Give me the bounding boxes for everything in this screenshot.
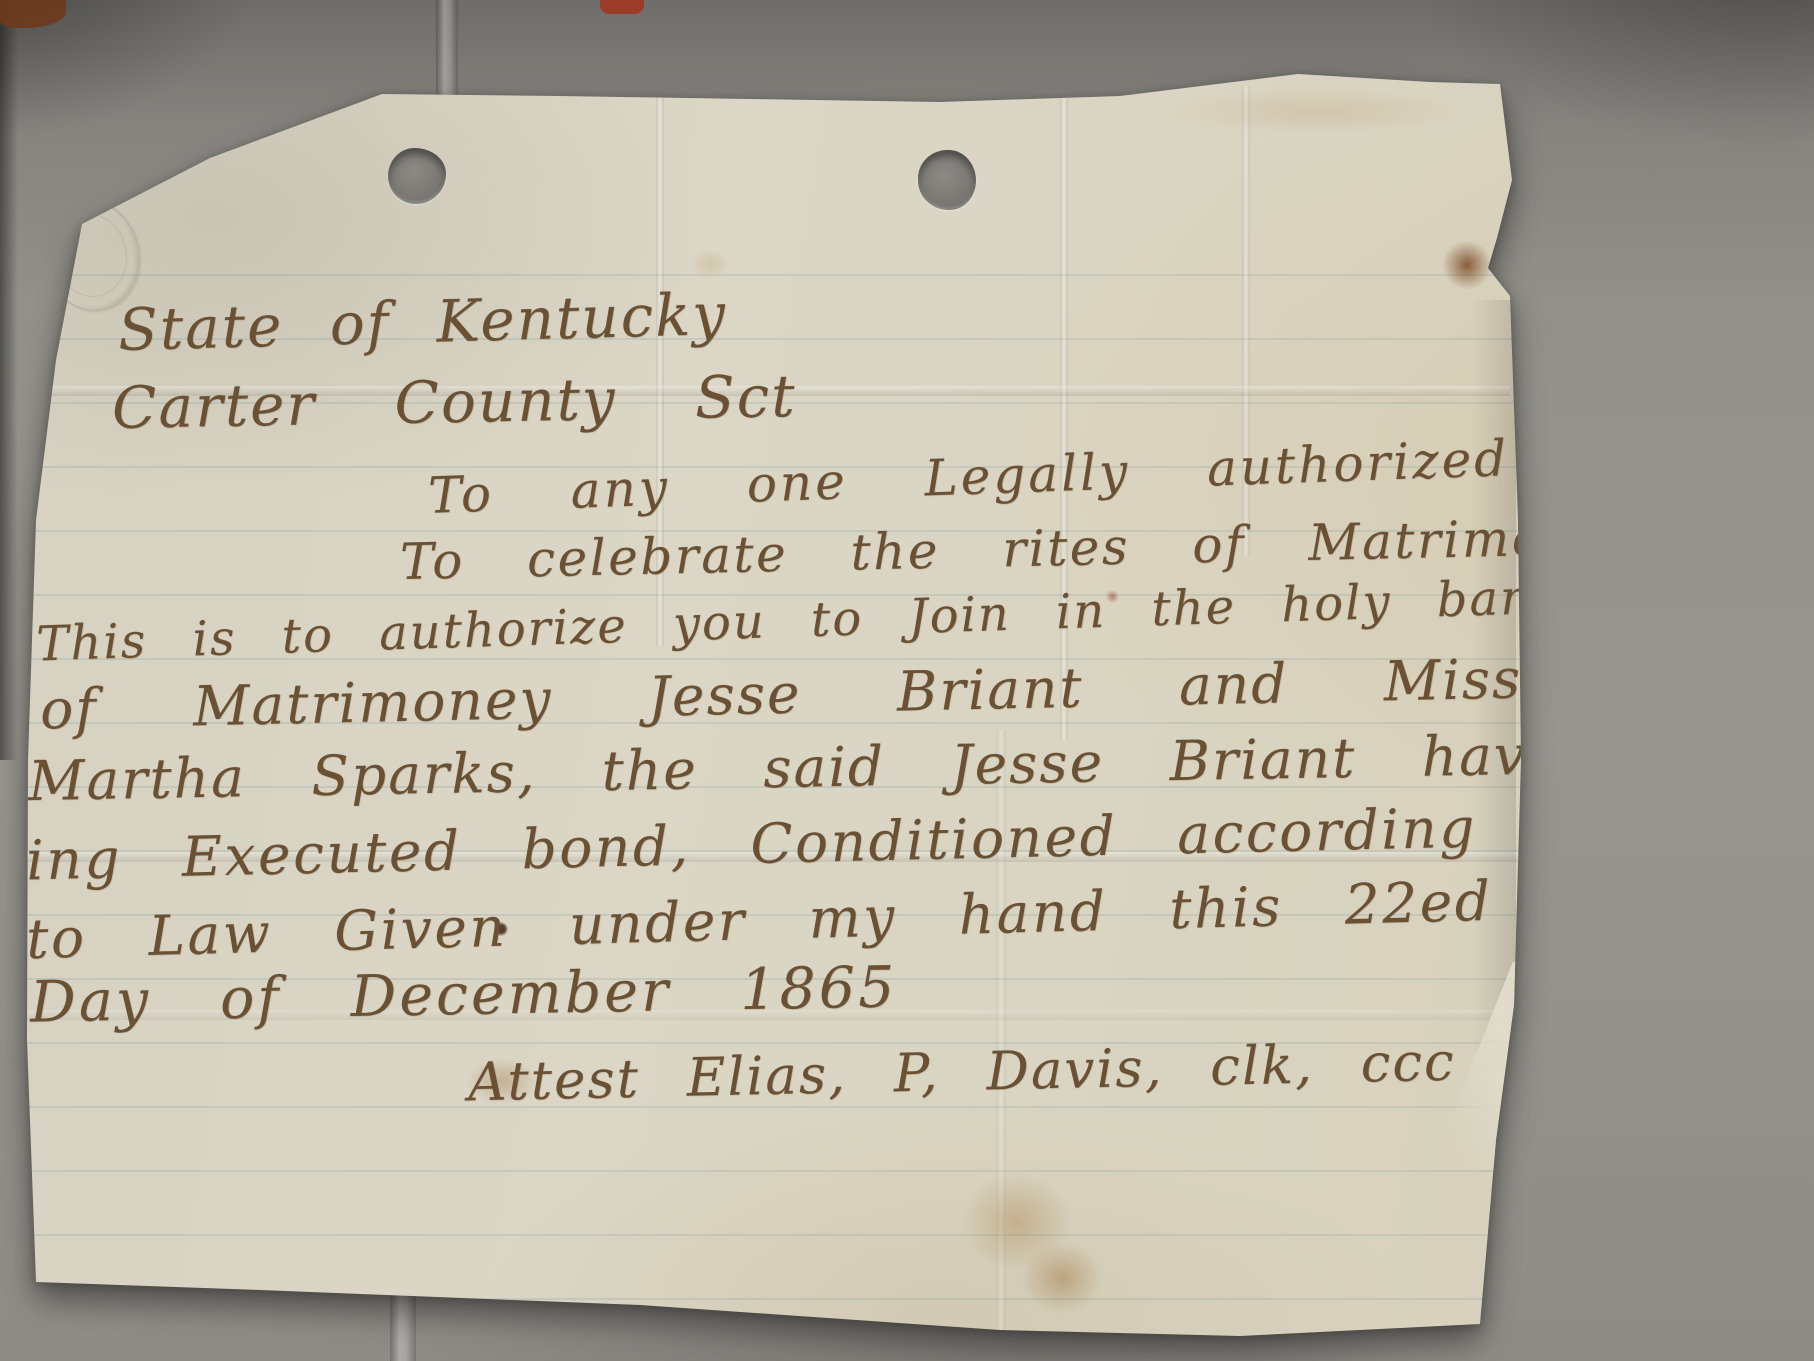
photo-of-document: State of Kentucky Carter County Sct To a… xyxy=(0,0,1814,1361)
rust-stain xyxy=(1436,234,1498,296)
handwritten-line: Carter County Sct xyxy=(111,362,797,442)
document-paper: State of Kentucky Carter County Sct To a… xyxy=(0,0,1814,1361)
foxing-spot xyxy=(688,248,732,280)
vertical-fold-crease xyxy=(1060,80,1068,740)
punch-hole-right xyxy=(918,150,976,210)
embossed-seal-inner-ring xyxy=(47,207,135,304)
paper-shadow-wrapper: State of Kentucky Carter County Sct To a… xyxy=(0,0,1814,1361)
top-right-discoloration xyxy=(1148,84,1488,138)
bottom-stain xyxy=(1014,1236,1110,1320)
